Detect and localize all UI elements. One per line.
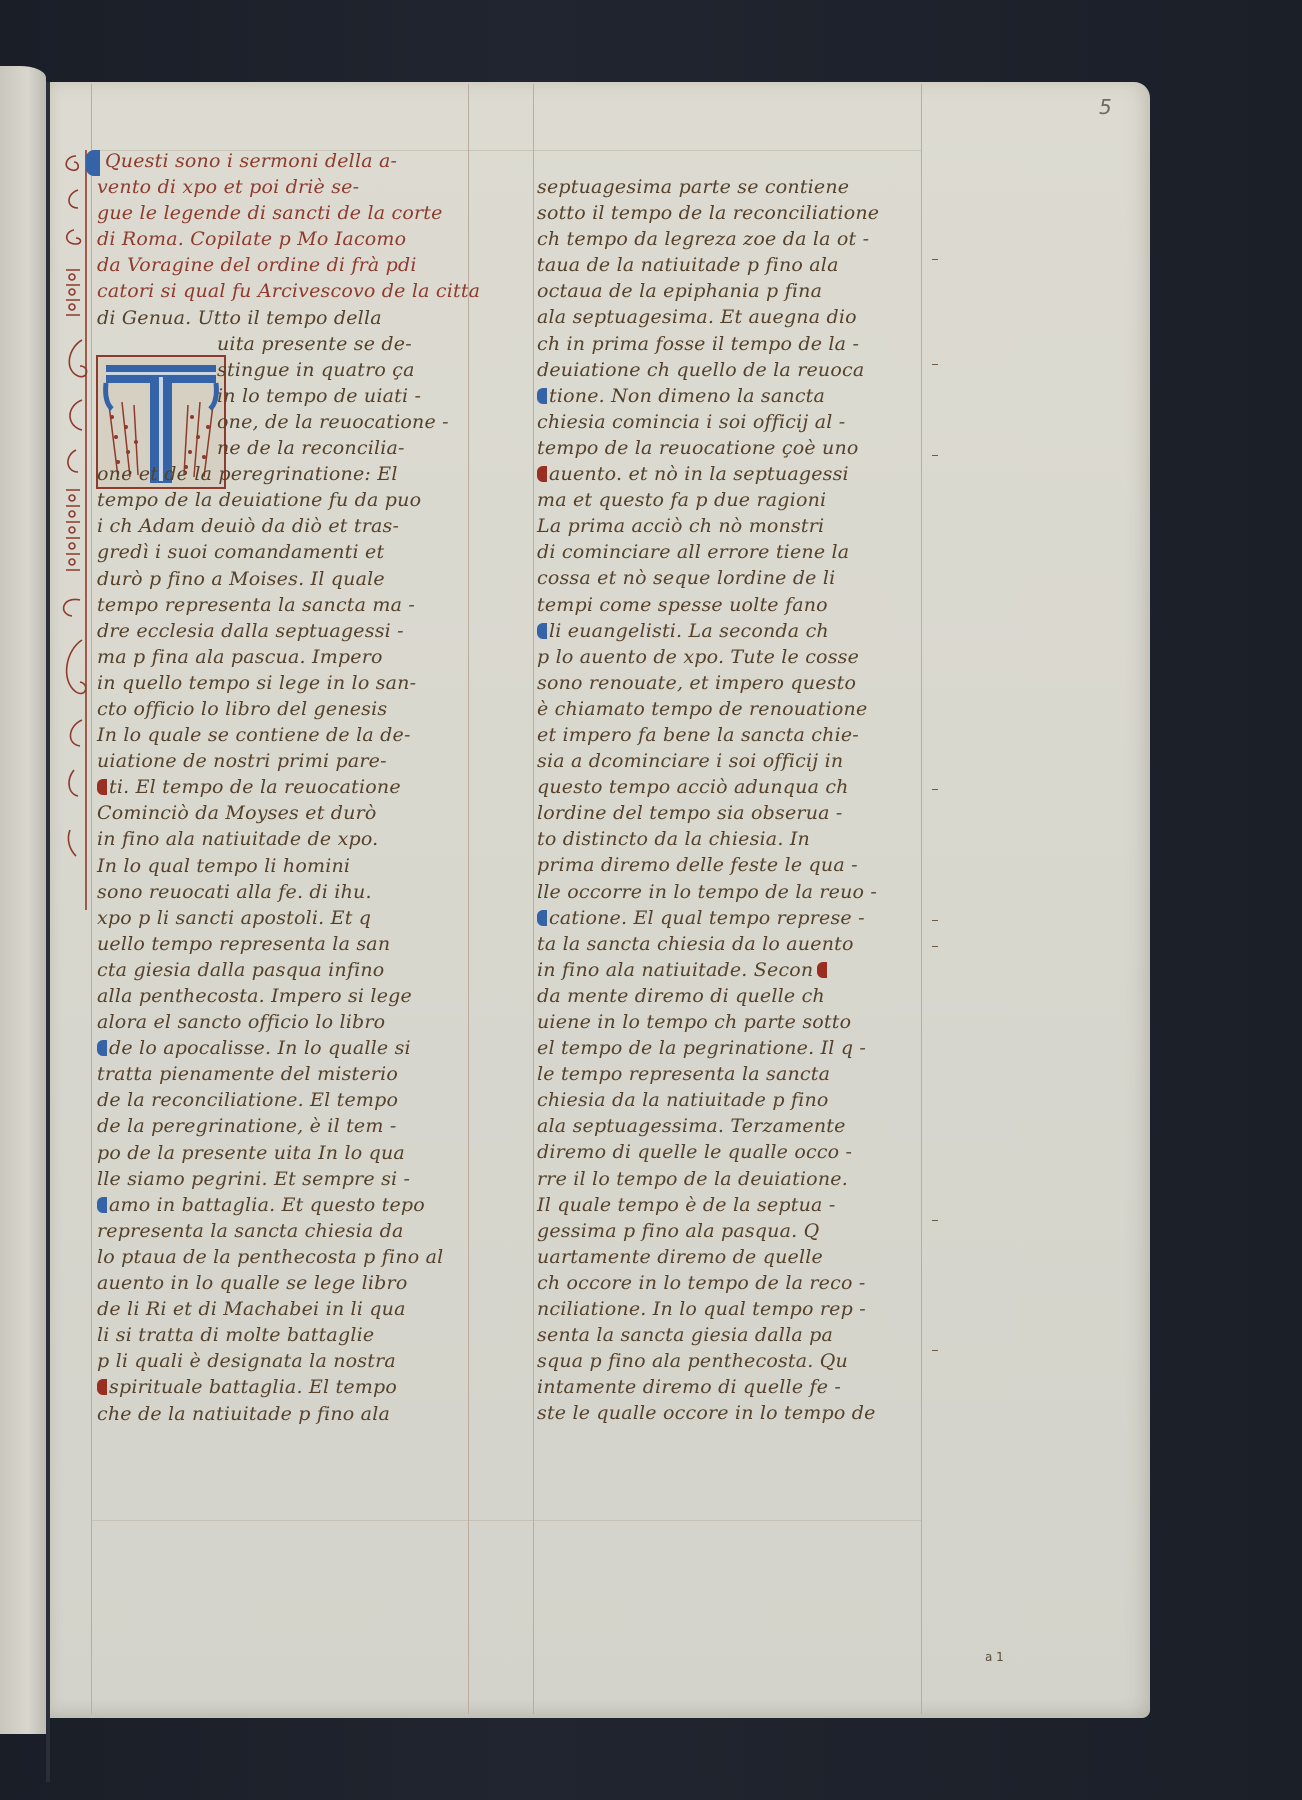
text-line: nciliatione. In lo qual tempo rep - [537,1296,927,1322]
pilcrow-icon [537,910,547,926]
text-line: alora el sancto officio lo libro [97,1009,477,1035]
text-line: ch occore in lo tempo de la reco - [537,1270,927,1296]
text-line: cta giesia dalla pasqua infino [97,957,477,983]
text-line: Cominciò da Moyses et durò [97,800,477,826]
text-line-with-pilcrow: spirituale battaglia. El tempo [97,1374,477,1400]
text-line: de li Ri et di Machabei in li qua [97,1296,477,1322]
text-line: sotto il tempo de la reconciliatione [537,200,927,226]
text-line: dre ecclesia dalla septuagessi - [97,618,477,644]
text-line: to distincto da la chiesia. In [537,826,927,852]
text-line: alla penthecosta. Impero si lege [97,983,477,1009]
text-line: ala septuagesima. Et auegna dio [537,304,927,330]
text-line: senta la sancta giesia dalla pa [537,1322,927,1348]
ruling-line [533,84,534,1714]
text-line: ne de la reconcilia- [97,435,477,461]
margin-hyphen [932,946,938,947]
text-line: da Voragine del ordine di frà pdi [97,252,477,278]
text-line: one et de la peregrinatione: El [97,461,477,487]
text-line-with-pilcrow: auento. et nò in la septuagessi [537,461,927,487]
text-line-with-pilcrow: ti. El tempo de la reuocatione [97,774,477,800]
text-line: cto officio lo libro del genesis [97,696,477,722]
text-line: in lo tempo de uiati - [97,383,477,409]
pilcrow-icon [537,388,547,404]
text-line: ch tempo da legreza zoe da la ot - [537,226,927,252]
text-line: è chiamato tempo de renouatione [537,696,927,722]
text-line: Questi sono i sermoni della a- [97,148,477,174]
signature-mark: a 1 [985,1650,1004,1664]
text-line: squa p fino ala penthecosta. Qu [537,1348,927,1374]
text-line: p lo auento de xpo. Tute le cosse [537,644,927,670]
text-line: Il quale tempo è de la septua - [537,1192,927,1218]
text-line: p li quali è designata la nostra [97,1348,477,1374]
text-line: lle occorre in lo tempo de la reuo - [537,879,927,905]
text-line: gue le legende di sancti de la corte [97,200,477,226]
text-line: diremo di quelle le qualle occo - [537,1139,927,1165]
text-line: rre il lo tempo de la deuiatione. [537,1166,927,1192]
pilcrow-icon [817,962,827,978]
text-line-with-pilcrow: catione. El qual tempo represe - [537,905,927,931]
ruling-line [91,1520,921,1521]
text-line: In lo quale se contiene de la de- [97,722,477,748]
text-line: chiesia comincia i soi officij al - [537,409,927,435]
text-line: po de la presente uita In lo qua [97,1140,477,1166]
text-line: taua de la natiuitade p fino ala [537,252,927,278]
text-line: de la peregrinatione, è il tem - [97,1113,477,1139]
text-line: di Roma. Copilate p Mo Iacomo [97,226,477,252]
text-line: deuiatione ch quello de la reuoca [537,357,927,383]
margin-hyphen [932,1220,938,1221]
text-column-right: septuagesima parte se contiene sotto il … [537,174,927,1427]
text-line: In lo qual tempo li homini [97,853,477,879]
text-line: et impero fa bene la sancta chie- [537,722,927,748]
text-line: ala septuagessima. Terzamente [537,1113,927,1139]
margin-hyphen [932,789,938,790]
text-line: uello tempo representa la san [97,931,477,957]
text-line: i ch Adam deuiò da diò et tras- [97,513,477,539]
text-line: ste le qualle occore in lo tempo de [537,1400,927,1426]
text-line: el tempo de la pegrinatione. Il q - [537,1035,927,1061]
margin-hyphen [932,259,938,260]
text-line: le tempo representa la sancta [537,1061,927,1087]
text-line: tempo de la deuiatione fu da puo [97,487,477,513]
text-line: sono reuocati alla fe. di ihu. [97,879,477,905]
text-line: durò p fino a Moises. Il quale [97,566,477,592]
text-line: one, de la reuocatione - [97,409,477,435]
text-line: ma p fina ala pascua. Impero [97,644,477,670]
text-line: uiene in lo tempo ch parte sotto [537,1009,927,1035]
text-line: gredì i suoi comandamenti et [97,539,477,565]
text-line: representa la sancta chiesia da [97,1218,477,1244]
text-line: chiesia da la natiuitade p fino [537,1087,927,1113]
margin-hyphen [932,364,938,365]
text-line: sia a dcominciare i soi officij in [537,748,927,774]
text-line: intamente diremo di quelle fe - [537,1374,927,1400]
text-line: auento in lo qualle se lege libro [97,1270,477,1296]
folio-number: 5 [1099,95,1112,119]
text-line: tratta pienamente del misterio [97,1061,477,1087]
text-line: uita presente se de- [97,331,477,357]
text-line-with-pilcrow: de lo apocalisse. In lo qualle si [97,1035,477,1061]
decorative-border-icon [52,150,92,910]
pilcrow-icon [97,779,107,795]
text-line: lle siamo pegrini. Et sempre si - [97,1166,477,1192]
text-line: septuagesima parte se contiene [537,174,927,200]
text-line: in fino ala natiuitade de xpo. [97,826,477,852]
text-line: stingue in quatro ça [97,357,477,383]
text-line: tempo de la reuocatione çoè uno [537,435,927,461]
text-line-with-pilcrow: li euangelisti. La seconda ch [537,618,927,644]
text-line: lo ptaua de la penthecosta p fino al [97,1244,477,1270]
text-line: tempi come spesse uolte fano [537,592,927,618]
text-line: ch in prima fosse il tempo de la - [537,331,927,357]
text-line: tempo representa la sancta ma - [97,592,477,618]
margin-hyphen [932,920,938,921]
text-line: in quello tempo si lege in lo san- [97,670,477,696]
pilcrow-icon [537,623,547,639]
text-line: di cominciare all errore tiene la [537,539,927,565]
text-line: sono renouate, et impero questo [537,670,927,696]
text-line: ma et questo fa p due ragioni [537,487,927,513]
pilcrow-icon [97,1040,107,1056]
text-line: ta la sancta chiesia da lo auento [537,931,927,957]
text-line-with-pilcrow: amo in battaglia. Et questo tepo [97,1192,477,1218]
text-line: prima diremo delle feste le qua - [537,852,927,878]
text-line: gessima p fino ala pasqua. Q [537,1218,927,1244]
text-line: vento di xpo et poi driè se- [97,174,477,200]
text-line: questo tempo acciò adunqua ch [537,774,927,800]
margin-hyphen [932,455,938,456]
text-line-with-pilcrow: in fino ala natiuitade. Secon [537,957,927,983]
text-line: da mente diremo di quelle ch [537,983,927,1009]
text-line: cossa et nò seque lordine de li [537,565,927,591]
text-line: La prima acciò ch nò monstri [537,513,927,539]
margin-hyphen [932,1350,938,1351]
text-line: li si tratta di molte battaglie [97,1322,477,1348]
text-line: lordine del tempo sia obserua - [537,800,927,826]
pilcrow-icon [97,1379,107,1395]
pilcrow-icon [97,1197,107,1213]
text-line: uiatione de nostri primi pare- [97,748,477,774]
text-line: catori si qual fu Arcivescovo de la citt… [97,278,477,304]
text-line: octaua de la epiphania p fina [537,278,927,304]
pilcrow-icon [537,466,547,482]
text-line: che de la natiuitade p fino ala [97,1401,477,1427]
text-line: xpo p li sancti apostoli. Et q [97,905,477,931]
facing-page-edge [0,66,46,1734]
text-line: uartamente diremo de quelle [537,1244,927,1270]
text-line: di Genua. Utto il tempo della [97,305,477,331]
text-column-left: Questi sono i sermoni della a- vento di … [97,148,477,1427]
text-line: de la reconciliatione. El tempo [97,1087,477,1113]
text-line-with-pilcrow: tione. Non dimeno la sancta [537,383,927,409]
